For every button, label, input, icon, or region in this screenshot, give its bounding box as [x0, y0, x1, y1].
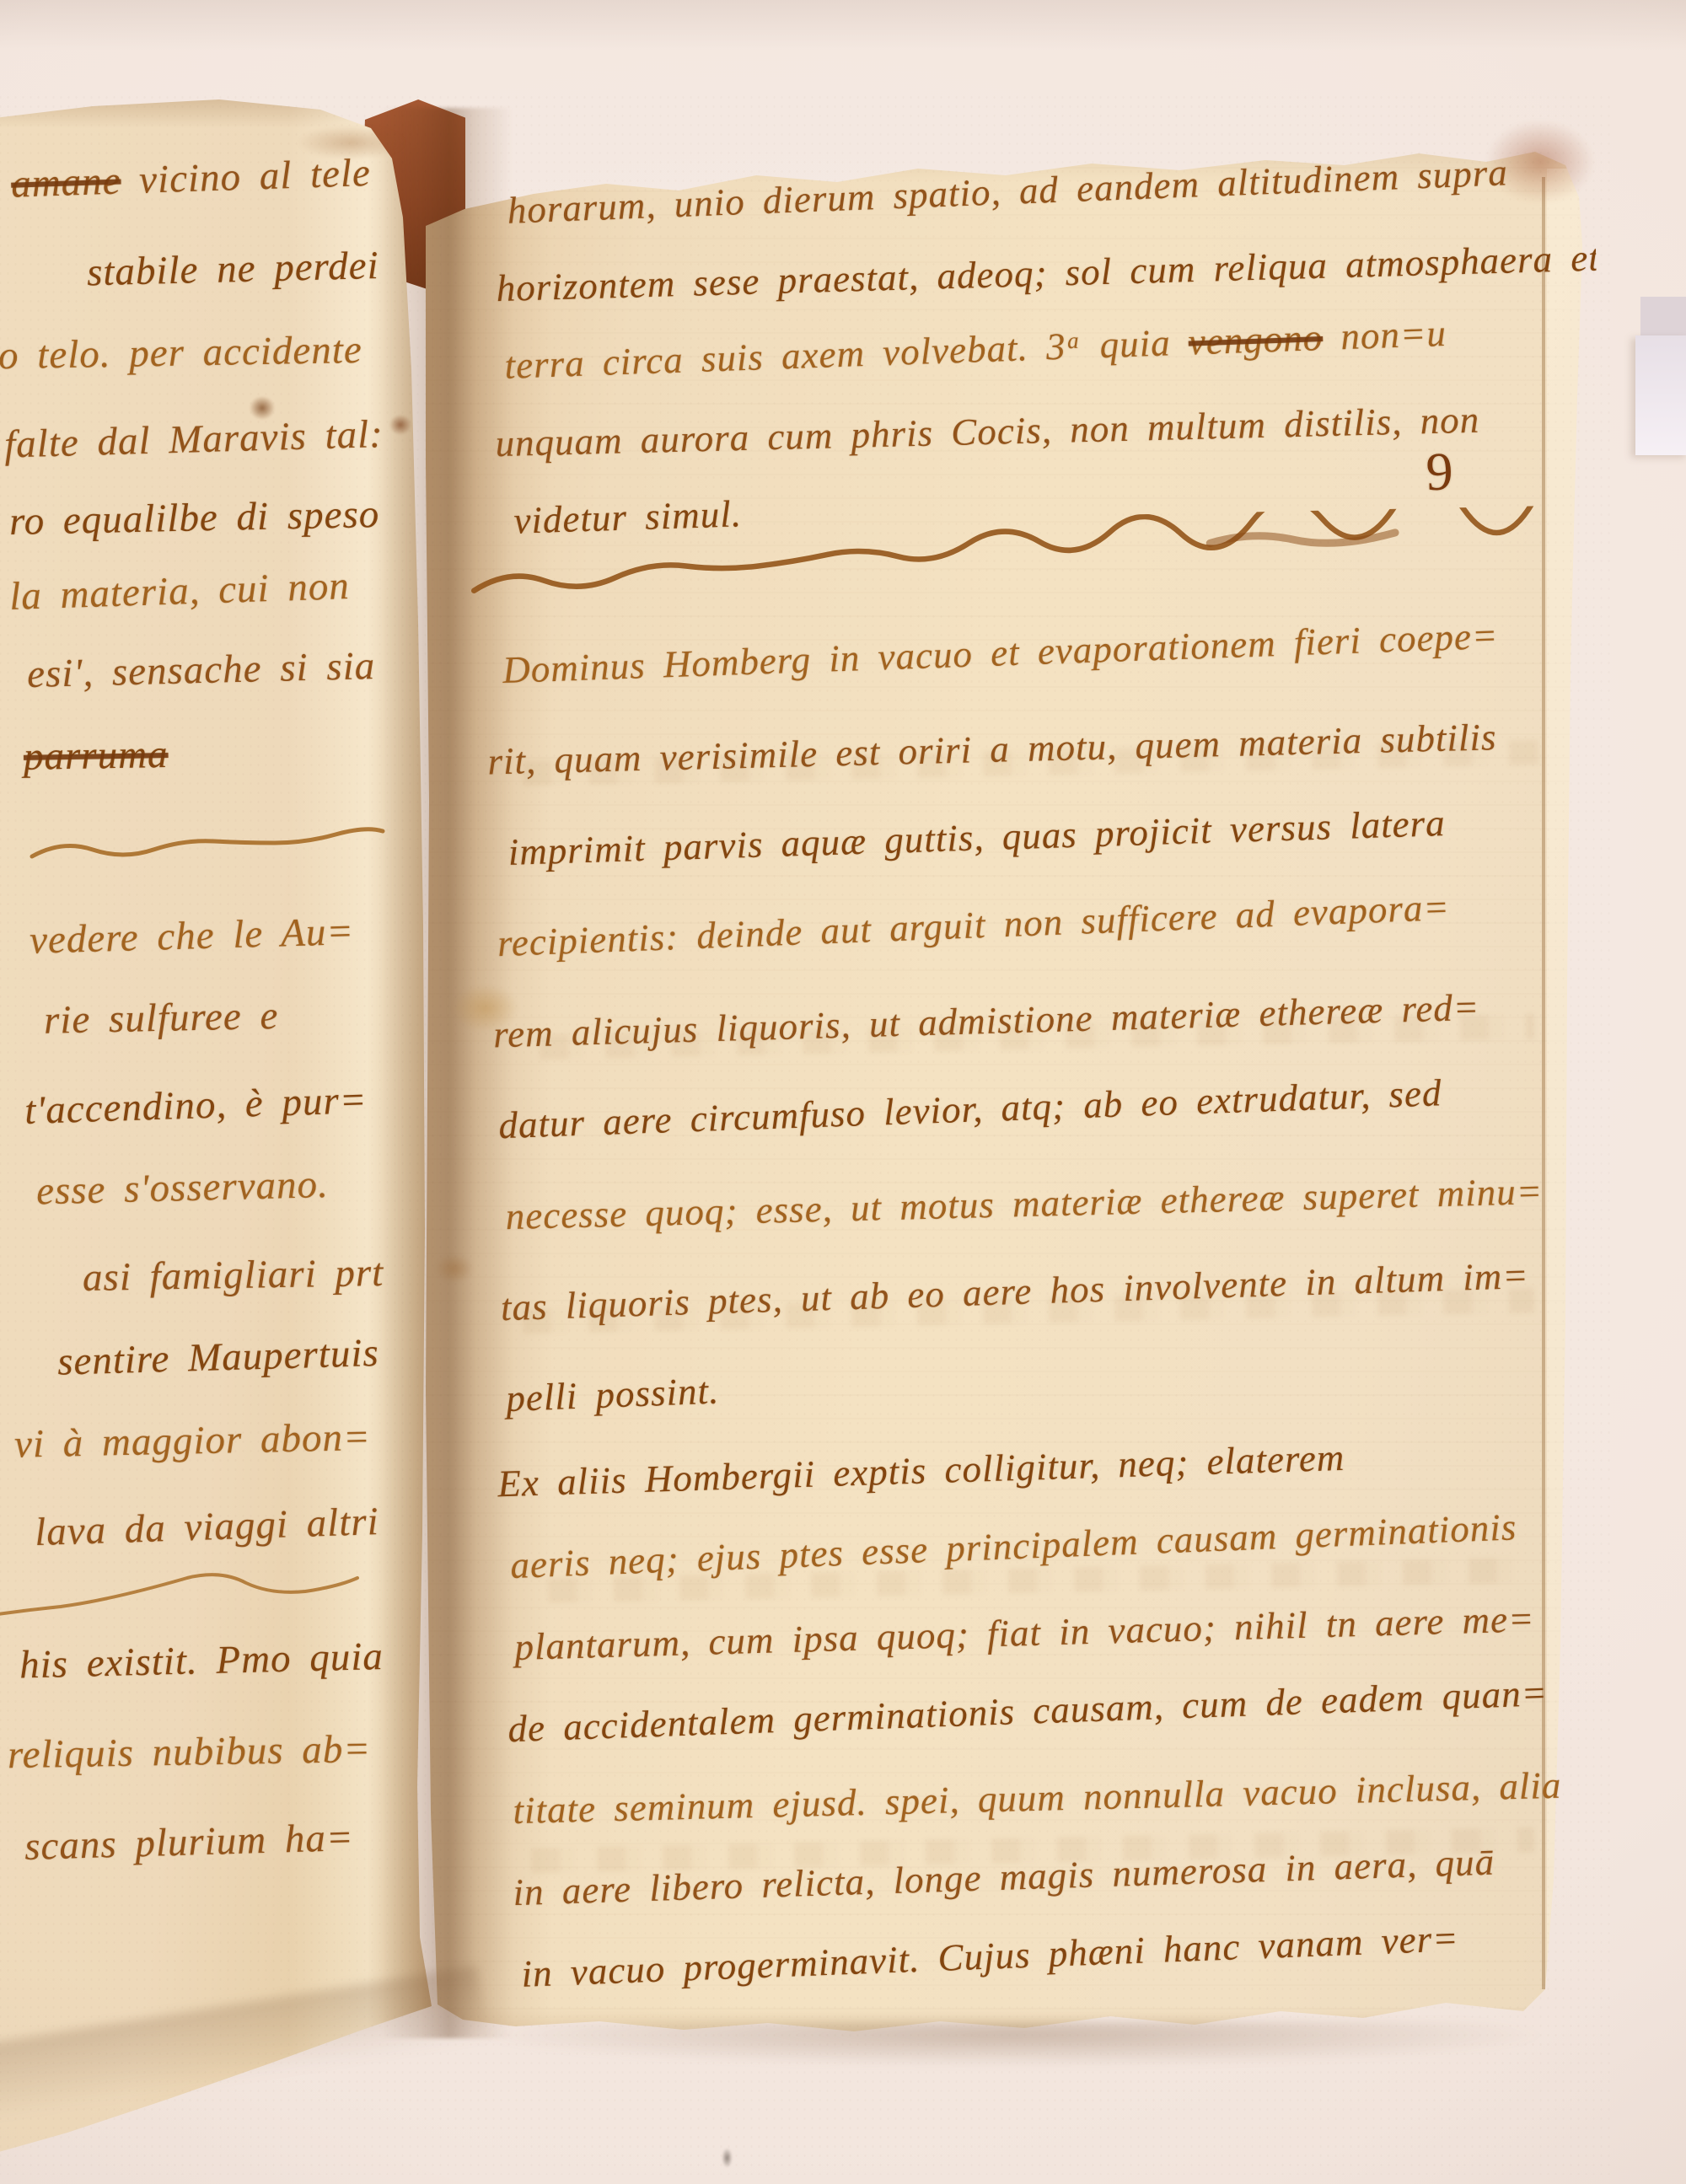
manuscript-photo: amane vicino al telestabile ne perdeio t…	[0, 0, 1686, 2184]
left-page	[0, 99, 455, 2173]
right-page-gutter-shade	[426, 126, 1597, 2057]
page-marker-tab	[1640, 297, 1686, 335]
deckle-edge-highlight	[1547, 169, 1582, 1998]
deckle-edge-line	[1542, 177, 1545, 1989]
backdrop-shade	[0, 0, 1686, 51]
right-page	[426, 126, 1597, 2057]
right-page-top-shade	[426, 126, 1597, 228]
left-page-fold-highlight	[0, 99, 455, 2173]
page-marker-tab	[1635, 335, 1686, 455]
dust-speck	[722, 2148, 733, 2168]
book-shadow	[472, 2021, 1551, 2067]
